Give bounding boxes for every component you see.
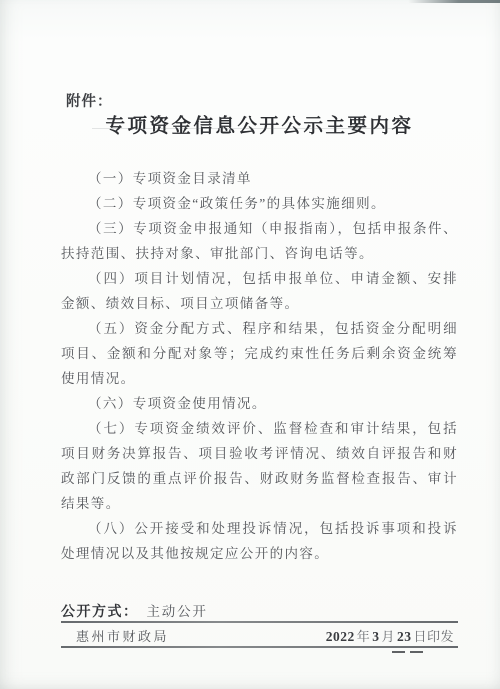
publish-method-label: 公开方式： bbox=[61, 603, 139, 619]
issuer-name: 惠州市财政局 bbox=[76, 628, 169, 645]
print-date-year-unit: 年 bbox=[357, 629, 371, 644]
publish-method-row: 公开方式：主动公开 bbox=[61, 601, 458, 622]
footer-divider-bottom bbox=[61, 646, 458, 648]
publish-method-value: 主动公开 bbox=[147, 604, 208, 619]
print-date: 2022年3月23日印发 bbox=[324, 628, 454, 645]
print-date-day: 23 bbox=[395, 629, 414, 644]
footer-row: 惠州市财政局 2022年3月23日印发 bbox=[61, 628, 458, 645]
document-title: 专项资金信息公开公示主要内容 bbox=[61, 114, 458, 140]
list-item-6: （六）专项资金使用情况。 bbox=[61, 391, 458, 416]
list-item-3: （三）专项资金申报通知（申报指南），包括申报条件、扶持范围、扶持对象、审批部门、… bbox=[61, 216, 458, 266]
attachment-label: 附件： bbox=[66, 90, 113, 111]
scan-artifact-title-streak bbox=[92, 128, 410, 129]
scan-dash-mark bbox=[392, 651, 405, 653]
list-item-5: （五）资金分配方式、程序和结果，包括资金分配明细项目、金额和分配对象等；完成约束… bbox=[61, 316, 458, 391]
scan-dash-mark bbox=[410, 651, 423, 653]
print-date-month: 3 bbox=[370, 629, 381, 644]
list-item-7: （七）专项资金绩效评价、监督检查和审计结果，包括项目财务决算报告、项目验收考评情… bbox=[61, 416, 458, 516]
list-item-4: （四）项目计划情况，包括申报单位、申请金额、安排金额、绩效目标、项目立项储备等。 bbox=[61, 266, 458, 316]
scanned-document-page: 附件： 专项资金信息公开公示主要内容 （一）专项资金目录清单 （二）专项资金“政… bbox=[0, 0, 500, 689]
print-date-year: 2022 bbox=[324, 629, 357, 644]
footer-divider-top bbox=[61, 621, 458, 623]
print-date-day-unit: 日印发 bbox=[413, 629, 454, 644]
document-body: （一）专项资金目录清单 （二）专项资金“政策任务”的具体实施细则。 （三）专项资… bbox=[61, 166, 458, 566]
scan-artifact-streak bbox=[408, 0, 500, 3]
print-date-month-unit: 月 bbox=[381, 629, 395, 644]
list-item-2: （二）专项资金“政策任务”的具体实施细则。 bbox=[61, 191, 458, 216]
list-item-8: （八）公开接受和处理投诉情况，包括投诉事项和投诉处理情况以及其他按规定应公开的内… bbox=[61, 516, 458, 566]
list-item-1: （一）专项资金目录清单 bbox=[61, 166, 458, 191]
